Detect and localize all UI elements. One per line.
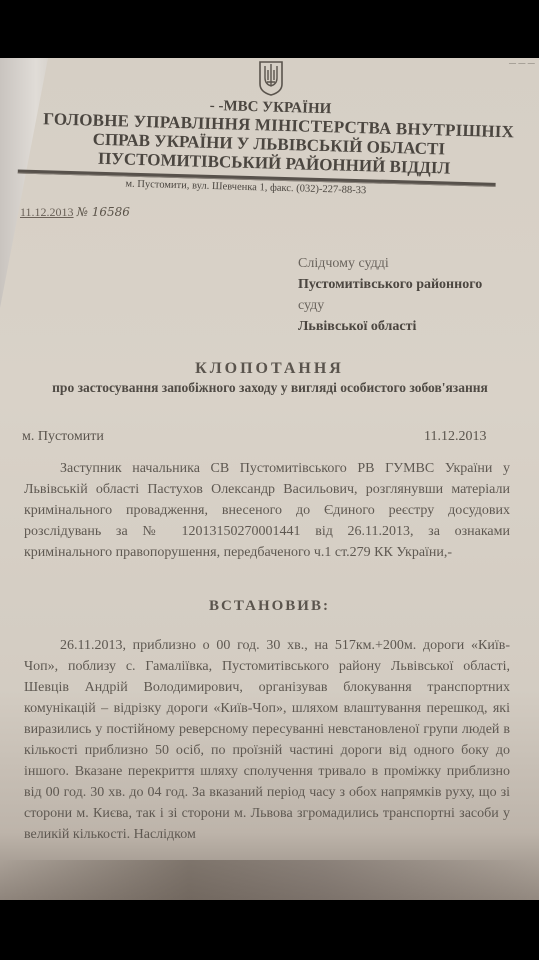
section-heading: ВСТАНОВИВ: [0,598,539,615]
trident-coat-of-arms-icon [258,60,284,96]
document-subtitle: про застосування запобіжного заходу у ви… [40,378,500,398]
place-of-issue: м. Пустомити [22,429,104,445]
document-page: - -МВС УКРАЇНИ ГОЛОВНЕ УПРАВЛІННЯ МІНІСТ… [0,58,539,900]
document-photo: — — — - -МВС УКРАЇНИ ГОЛОВНЕ УПРАВЛІННЯ … [0,58,539,900]
recipient-line-3: суду [298,295,482,316]
recipient-line-1: Слідчому судді [298,253,482,274]
registration-number: № 16586 [77,205,130,219]
recipient-line-2: Пустомитівського районного [298,274,482,295]
registration-date: 11.12.2013 [20,205,74,219]
recipient-line-4: Львівської області [298,316,482,337]
issue-date: 11.12.2013 [424,429,486,445]
registration-line: 11.12.2013 № 16586 [20,205,130,220]
findings-paragraph: 26.11.2013, приблизно о 00 год. 30 хв., … [24,635,510,845]
document-title: КЛОПОТАННЯ [0,360,539,378]
intro-paragraph: Заступник начальника СВ Пустомитівського… [24,458,510,563]
recipient-block: Слідчому судді Пустомитівського районног… [298,253,482,337]
bottom-black-bar [0,900,539,960]
